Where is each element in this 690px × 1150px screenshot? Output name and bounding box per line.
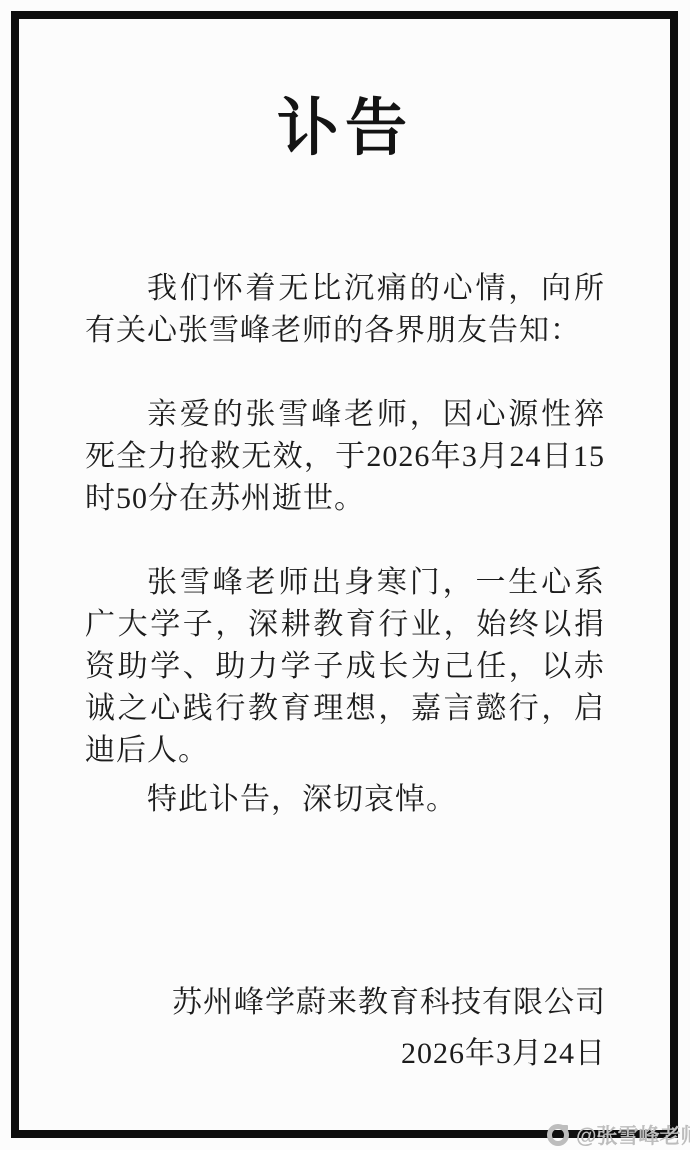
paragraph-death-announcement: 亲爱的张雪峰老师，因心源性猝死全力抢救无效，于2026年3月24日15时50分在… (85, 394, 605, 520)
paragraph-intro: 我们怀着无比沉痛的心情，向所有关心张雪峰老师的各界朋友告知： (85, 268, 605, 352)
watermark-text: @张雪峰老师 (576, 1120, 690, 1150)
notice-title: 讣告 (0, 96, 690, 162)
weibo-camera-icon (547, 1124, 569, 1146)
watermark: @张雪峰老师 (547, 1120, 690, 1150)
signature-date: 2026年3月24日 (85, 1033, 606, 1075)
obituary-notice-page: 讣告 我们怀着无比沉痛的心情，向所有关心张雪峰老师的各界朋友告知： 亲爱的张雪峰… (0, 0, 690, 1150)
paragraph-closing: 特此讣告，深切哀悼。 (85, 779, 605, 821)
signature-company: 苏州峰学蔚来教育科技有限公司 (85, 982, 606, 1024)
paragraph-tribute: 张雪峰老师出身寒门，一生心系广大学子，深耕教育行业，始终以捐资助学、助力学子成长… (85, 562, 605, 772)
